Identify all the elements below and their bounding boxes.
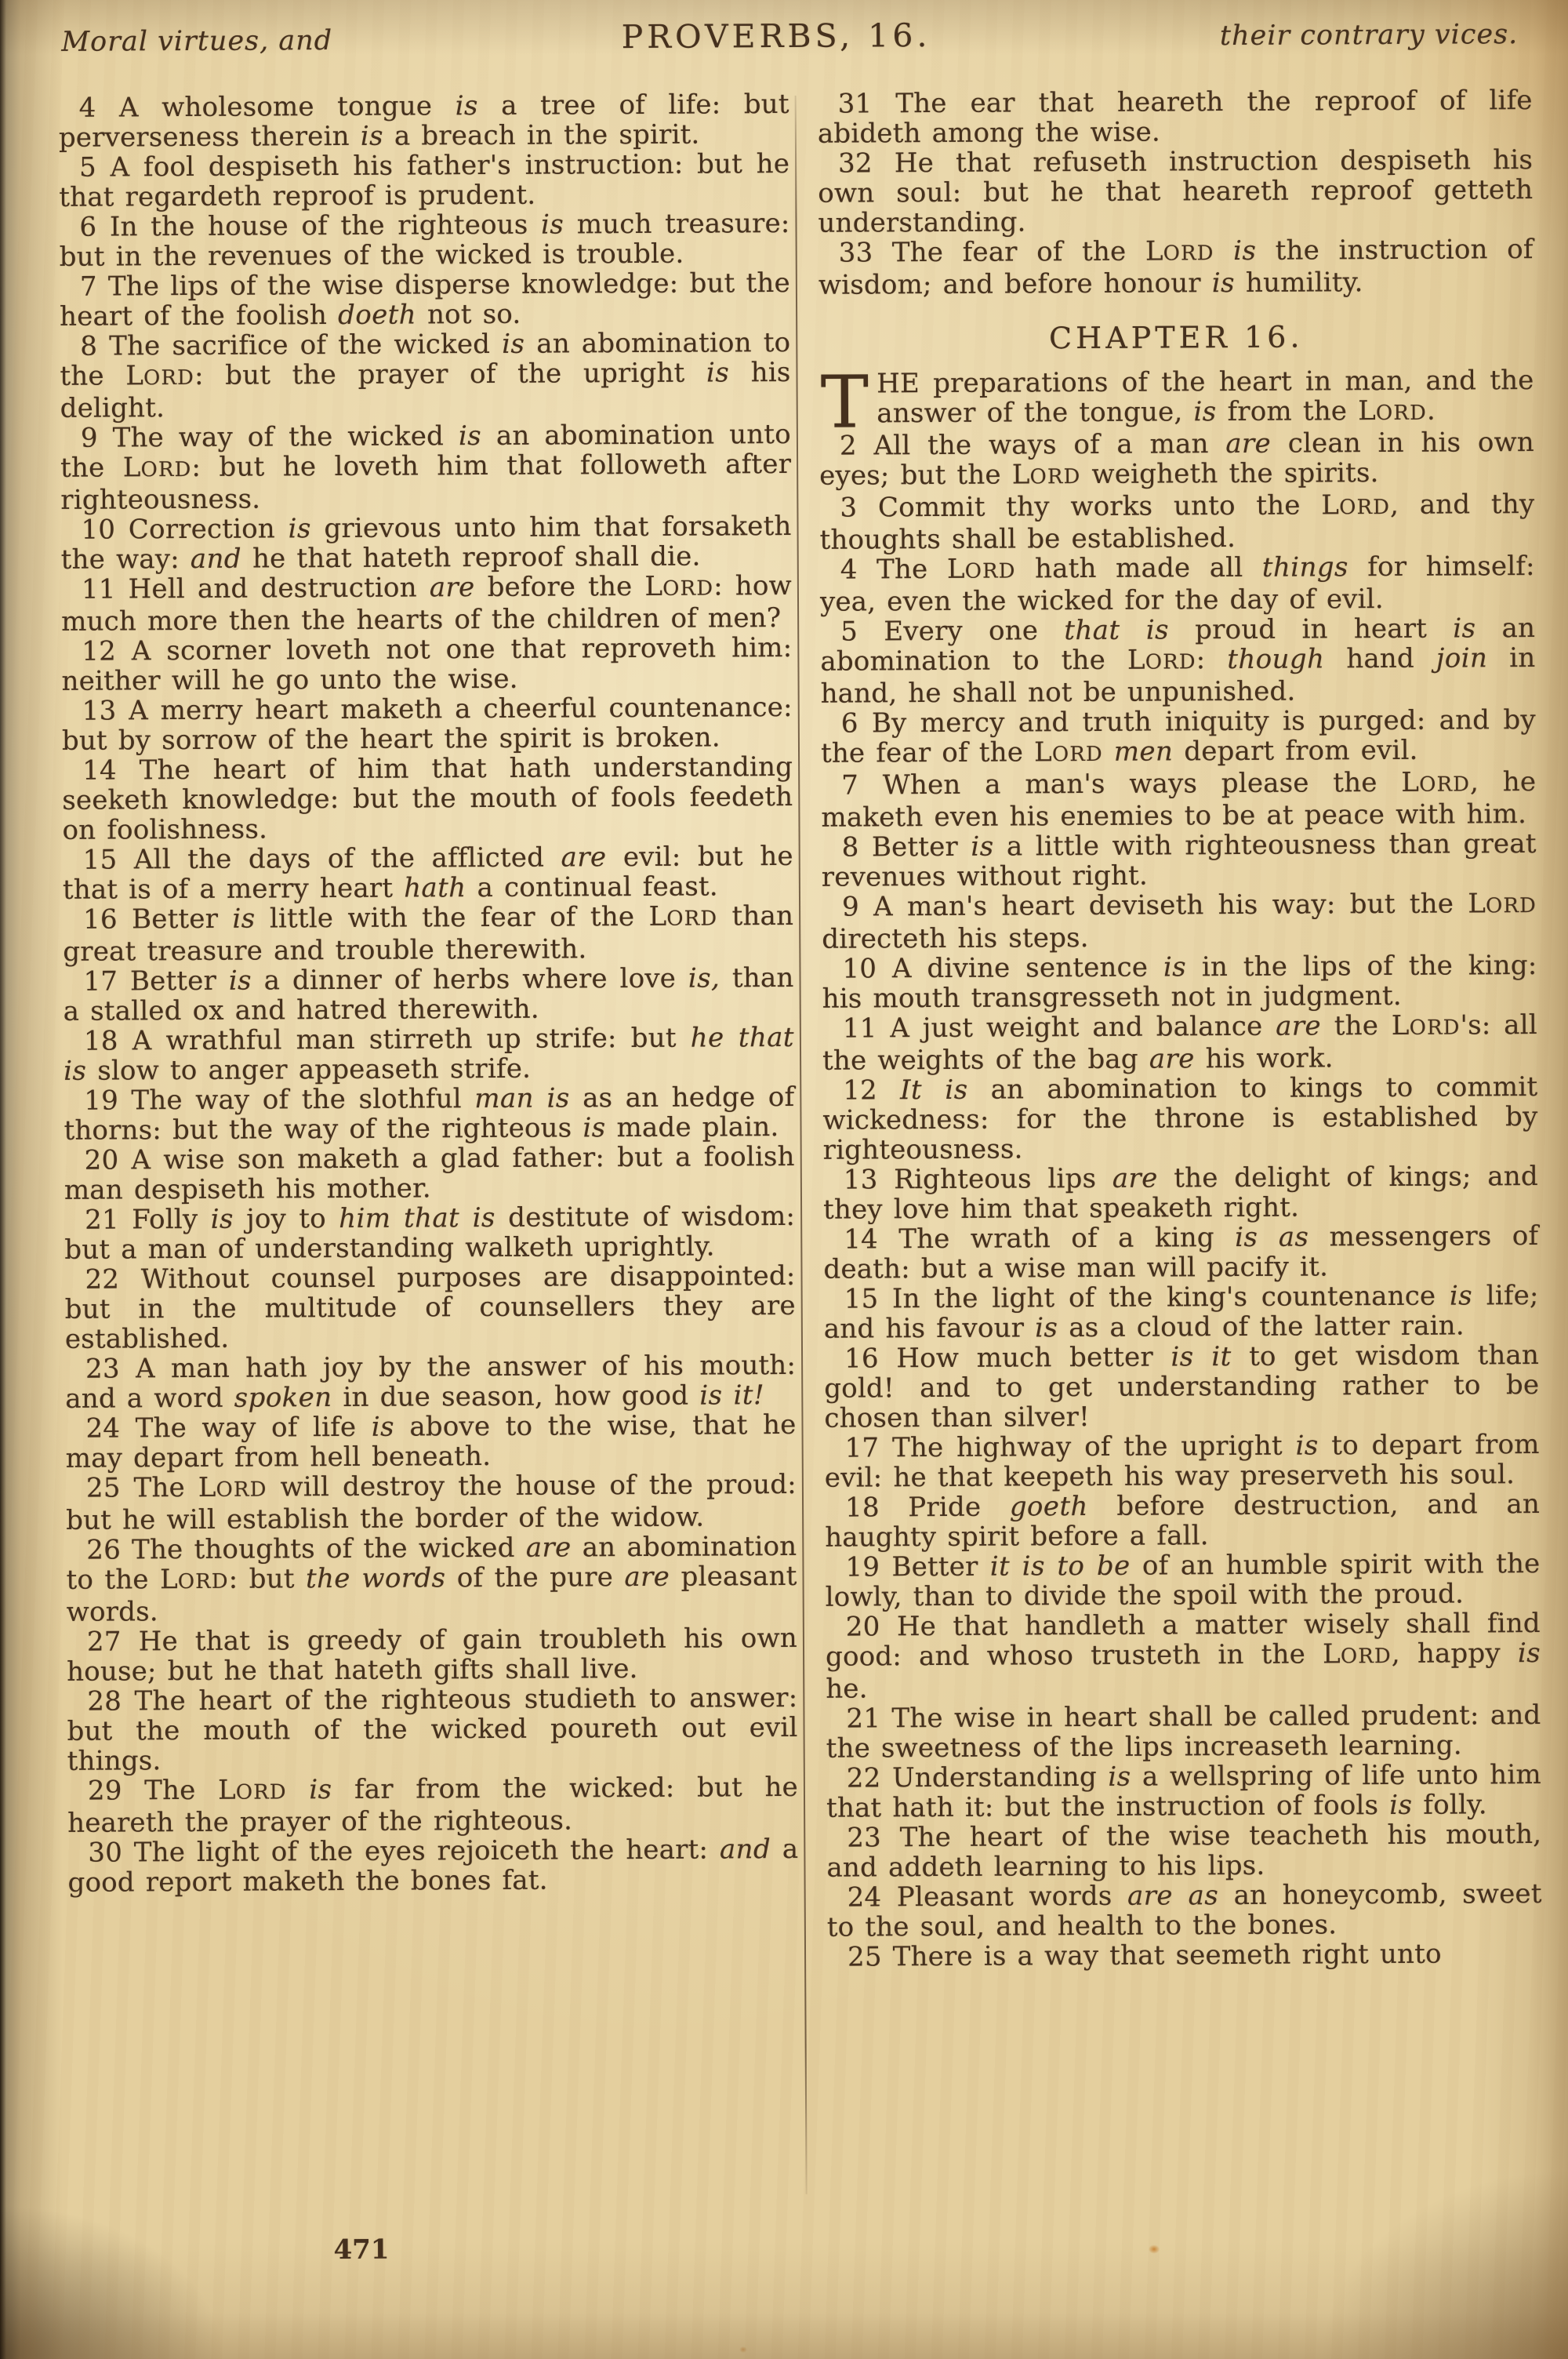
verse-15-16: 16 Better is little with the fear of the… xyxy=(63,901,793,967)
verse-number: 32 xyxy=(838,147,873,179)
verse-number: 7 xyxy=(841,770,858,801)
verse-number: 10 xyxy=(842,953,877,984)
running-head-title: PROVERBS, 16. xyxy=(622,16,931,56)
verse-16-8: 8 Better is a little with righteousness … xyxy=(822,829,1537,892)
verse-15-30: 30 The light of the eyes rejoiceth the h… xyxy=(67,1834,798,1898)
small-caps-lord: ORD xyxy=(965,559,1016,583)
verse-15-17: 17 Better is a dinner of herbs where lov… xyxy=(63,963,793,1027)
verse-15-32: 32 He that refuseth instruction despiset… xyxy=(818,145,1534,238)
verse-15-26: 26 The thoughts of the wicked are an abo… xyxy=(66,1532,797,1627)
verse-16-20: 20 He that handleth a matter wisely shal… xyxy=(826,1608,1541,1704)
verse-number: 11 xyxy=(82,573,116,605)
verse-number: 8 xyxy=(80,331,97,362)
verse-number: 27 xyxy=(87,1626,122,1657)
small-caps-lord: ORD xyxy=(1341,1645,1392,1668)
verse-number: 8 xyxy=(842,832,859,863)
verse-16-21: 21 The wise in heart shall be called pru… xyxy=(826,1700,1541,1764)
verse-16-24: 24 Pleasant words are as an honeycomb, s… xyxy=(827,1879,1542,1943)
small-caps-lord: ORD xyxy=(1052,743,1103,766)
verse-16-12: 12 It is an abomination to kings to comm… xyxy=(822,1072,1538,1165)
verse-16-9: 9 A man's heart deviseth his way: but th… xyxy=(822,889,1537,954)
verse-number: 18 xyxy=(84,1025,118,1056)
verse-number: 19 xyxy=(845,1551,880,1583)
verse-number: 20 xyxy=(846,1611,880,1642)
verse-16-25: 25 There is a way that seemeth right unt… xyxy=(827,1939,1542,1972)
verse-number: 5 xyxy=(79,152,96,184)
verse-number: 13 xyxy=(844,1164,878,1195)
small-caps-lord: ORD xyxy=(662,576,713,600)
verse-number: 22 xyxy=(85,1263,119,1295)
verse-16-2: 2 All the ways of a man are clean in his… xyxy=(819,427,1534,493)
verse-16-11: 11 A just weight and balance are the LOR… xyxy=(822,1010,1537,1076)
verse-number: 9 xyxy=(81,423,98,454)
drop-cap-lead: HE xyxy=(877,368,920,399)
verse-15-13: 13 A merry heart maketh a cheerful count… xyxy=(62,692,793,756)
verse-16-18: 18 Pride goeth before destruction, and a… xyxy=(825,1489,1540,1553)
verse-number: 2 xyxy=(840,431,857,462)
verse-15-18: 18 A wrathful man stirreth up strife: bu… xyxy=(64,1023,794,1086)
verse-15-8: 8 The sacrifice of the wicked is an abom… xyxy=(60,328,791,423)
small-caps-lord: ORD xyxy=(1486,894,1537,918)
running-head: Moral virtues, and PROVERBS, 16. their c… xyxy=(61,13,1518,59)
drop-cap-initial: T xyxy=(818,369,877,430)
small-caps-lord: ORD xyxy=(1029,465,1080,489)
verse-number: 15 xyxy=(83,844,118,875)
verse-number: 16 xyxy=(83,903,118,935)
verse-15-33: 33 The fear of the LORD is the instructi… xyxy=(818,234,1534,300)
verse-15-20: 20 A wise son maketh a glad father: but … xyxy=(64,1142,795,1205)
small-caps-lord: ORD xyxy=(666,907,717,930)
verse-number: 25 xyxy=(848,1941,882,1972)
verse-number: 12 xyxy=(82,635,116,667)
verse-number: 6 xyxy=(841,708,858,740)
verse-16-3: 3 Commit thy works unto the LORD, and th… xyxy=(819,489,1534,555)
left-text-column: 4 A wholesome tongue is a tree of life: … xyxy=(59,89,799,1898)
verse-15-24: 24 The way of life is above to the wise,… xyxy=(65,1410,796,1474)
verse-16-16: 16 How much better is it to get wisdom t… xyxy=(824,1340,1540,1434)
verse-16-15: 15 In the light of the king's countenanc… xyxy=(824,1281,1539,1344)
verse-number: 11 xyxy=(843,1012,877,1044)
verse-number: 30 xyxy=(88,1837,122,1868)
verse-number: 7 xyxy=(80,271,97,303)
small-caps-lord: ORD xyxy=(1376,402,1427,425)
verse-number: 19 xyxy=(84,1085,118,1116)
page-number: 471 xyxy=(299,2234,424,2266)
verse-15-19: 19 The way of the slothful man is as an … xyxy=(64,1082,794,1146)
small-caps-lord: ORD xyxy=(140,458,191,482)
verse-number: 22 xyxy=(847,1762,881,1794)
verse-number: 23 xyxy=(85,1353,120,1384)
verse-16-10: 10 A divine sentence is in the lips of t… xyxy=(822,951,1537,1014)
verse-number: 26 xyxy=(86,1534,121,1565)
verse-number: 5 xyxy=(840,616,858,648)
verse-number: 14 xyxy=(82,754,117,786)
verse-16-5: 5 Every one that is proud in heart is an… xyxy=(820,613,1536,709)
verse-15-11: 11 Hell and destruction are before the L… xyxy=(61,571,792,637)
verse-16-22: 22 Understanding is a wellspring of life… xyxy=(826,1760,1541,1823)
verse-number: 12 xyxy=(843,1074,877,1106)
verse-number: 6 xyxy=(79,212,96,243)
verse-15-7: 7 The lips of the wise disperse knowledg… xyxy=(60,268,790,332)
small-caps-lord: ORD xyxy=(1419,772,1470,796)
verse-number: 33 xyxy=(839,237,873,268)
verse-number: 28 xyxy=(87,1685,122,1717)
verse-16-19: 19 Better it is to be of an humble spiri… xyxy=(825,1549,1540,1612)
scanned-bible-page: { "header": { "left": "Moral virtues, an… xyxy=(0,0,1568,2359)
verse-number: 21 xyxy=(846,1703,880,1734)
verse-15-28: 28 The heart of the righteous studieth t… xyxy=(67,1683,798,1776)
verse-15-21: 21 Folly is joy to him that is destitute… xyxy=(64,1201,795,1265)
verse-number: 10 xyxy=(81,514,115,545)
verse-number: 24 xyxy=(85,1412,120,1444)
verse-number: 4 xyxy=(840,554,858,586)
verse-number: 31 xyxy=(838,88,873,119)
verse-number: 21 xyxy=(85,1204,119,1235)
page-content: Moral virtues, and PROVERBS, 16. their c… xyxy=(0,0,1568,2359)
small-caps-lord: ORD xyxy=(1145,650,1196,674)
verse-16-23: 23 The heart of the wise teacheth his mo… xyxy=(826,1819,1541,1883)
verse-15-12: 12 A scorner loveth not one that reprove… xyxy=(61,633,792,696)
verse-15-29: 29 The LORD is far from the wicked: but … xyxy=(67,1772,798,1838)
verse-16-13: 13 Righteous lips are the delight of kin… xyxy=(823,1161,1538,1225)
verse-15-4: 4 A wholesome tongue is a tree of life: … xyxy=(59,89,789,153)
small-caps-lord: ORD xyxy=(1339,496,1390,519)
verse-number: 23 xyxy=(847,1822,881,1853)
verse-15-5: 5 A fool despiseth his father's instruct… xyxy=(59,149,789,213)
verse-16-6: 6 By mercy and truth iniquity is purged:… xyxy=(821,705,1536,771)
verse-number: 9 xyxy=(842,892,859,923)
verse-15-27: 27 He that is greedy of gain troubleth h… xyxy=(67,1623,797,1687)
verse-number: 29 xyxy=(88,1775,122,1806)
verse-15-6: 6 In the house of the righteous is much … xyxy=(59,209,789,272)
small-caps-lord: ORD xyxy=(1410,1016,1461,1040)
verse-16-14: 14 The wrath of a king is as messengers … xyxy=(823,1221,1538,1285)
verse-number: 3 xyxy=(840,493,857,524)
right-text-column: 31 The ear that heareth the reproof of l… xyxy=(818,85,1543,1972)
verse-number: 13 xyxy=(82,695,117,726)
verse-15-22: 22 Without counsel purposes are disappoi… xyxy=(64,1261,796,1354)
verse-16-1: THE preparations of the heart in man, an… xyxy=(818,365,1534,431)
verse-number: 20 xyxy=(85,1144,119,1176)
verse-15-14: 14 The heart of him that hath understand… xyxy=(62,752,793,845)
small-caps-lord: ORD xyxy=(216,1478,267,1501)
verse-number: 18 xyxy=(845,1492,880,1523)
verse-number: 4 xyxy=(79,93,96,124)
verse-number: 17 xyxy=(83,965,118,997)
verse-number: 15 xyxy=(844,1283,879,1314)
verse-16-4: 4 The LORD hath made all things for hims… xyxy=(820,551,1535,617)
small-caps-lord: ORD xyxy=(1163,242,1214,265)
verse-16-17: 17 The highway of the upright is to depa… xyxy=(825,1430,1540,1493)
verse-number: 17 xyxy=(845,1432,880,1463)
verse-15-23: 23 A man hath joy by the answer of his m… xyxy=(65,1350,796,1414)
verse-number: 16 xyxy=(844,1343,879,1374)
chapter-heading: CHAPTER 16. xyxy=(818,318,1534,357)
verse-15-31: 31 The ear that heareth the reproof of l… xyxy=(818,85,1533,149)
verse-number: 24 xyxy=(848,1881,882,1913)
verse-15-25: 25 The LORD will destroy the house of th… xyxy=(66,1470,797,1536)
small-caps-lord: ORD xyxy=(143,366,194,390)
running-head-right: their contrary vices. xyxy=(1220,19,1518,52)
running-head-left: Moral virtues, and xyxy=(61,25,332,58)
small-caps-lord: ORD xyxy=(236,1780,287,1804)
verse-number: 25 xyxy=(86,1472,121,1503)
verse-15-15: 15 All the days of the afflicted are evi… xyxy=(63,841,793,905)
verse-15-10: 10 Correction is grievous unto him that … xyxy=(60,511,791,575)
small-caps-lord: ORD xyxy=(178,1570,229,1594)
verse-number: 14 xyxy=(844,1223,878,1255)
verse-16-7: 7 When a man's ways please the LORD, he … xyxy=(821,767,1536,833)
verse-15-9: 9 The way of the wicked is an abominatio… xyxy=(60,420,792,515)
